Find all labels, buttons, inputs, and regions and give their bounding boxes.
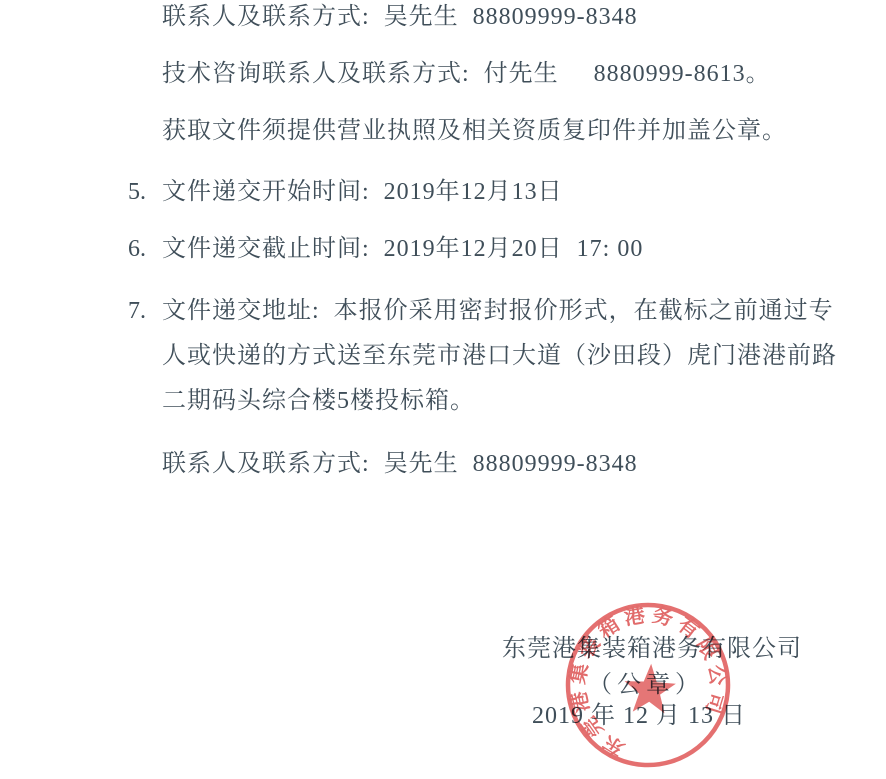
item-number: 6. bbox=[128, 235, 162, 263]
line-text: 文件递交截止时间: 2019年12月20日 17: 00 bbox=[162, 236, 643, 262]
item-5-submission-start: 5.文件递交开始时间: 2019年12月13日 bbox=[128, 178, 563, 206]
signature-company-name: 东莞港集装箱港务有限公司 bbox=[502, 628, 802, 663]
line-text: 技术咨询联系人及联系方式: 付先生 8880999-8613。 bbox=[162, 61, 771, 87]
line-text: 人或快递的方式送至东莞市港口大道（沙田段）虎门港港前路 bbox=[162, 343, 837, 369]
line-text: 文件递交开始时间: 2019年12月13日 bbox=[162, 179, 563, 205]
item-7-continuation: 人或快递的方式送至东莞市港口大道（沙田段）虎门港港前路 bbox=[128, 342, 837, 370]
item-number: 5. bbox=[128, 178, 162, 206]
line-text: 联系人及联系方式: 吴先生 88809999-8348 bbox=[162, 4, 638, 30]
signature-date: 2019 年 12 月 13 日 bbox=[532, 695, 746, 730]
signature-seal-note: （公章） bbox=[588, 664, 704, 699]
line-text: 获取文件须提供营业执照及相关资质复印件并加盖公章。 bbox=[162, 118, 787, 144]
item-6-submission-deadline: 6.文件递交截止时间: 2019年12月20日 17: 00 bbox=[128, 235, 643, 263]
line-text: 文件递交地址: 本报价采用密封报价形式，在截标之前通过专 bbox=[162, 298, 834, 324]
tech-contact-line: 技术咨询联系人及联系方式: 付先生 8880999-8613。 bbox=[128, 60, 771, 88]
license-requirement-line: 获取文件须提供营业执照及相关资质复印件并加盖公章。 bbox=[128, 117, 787, 145]
item-number: 7. bbox=[128, 297, 162, 325]
line-text: 联系人及联系方式: 吴先生 88809999-8348 bbox=[162, 451, 638, 477]
contact-line: 联系人及联系方式: 吴先生 88809999-8348 bbox=[128, 3, 638, 31]
document-page: 联系人及联系方式: 吴先生 88809999-8348 技术咨询联系人及联系方式… bbox=[0, 0, 886, 779]
item-7-continuation: 二期码头综合楼5楼投标箱。 bbox=[128, 387, 475, 415]
contact-line-repeat: 联系人及联系方式: 吴先生 88809999-8348 bbox=[128, 450, 638, 478]
item-7-submission-address: 7.文件递交地址: 本报价采用密封报价形式，在截标之前通过专 bbox=[128, 297, 834, 325]
line-text: 二期码头综合楼5楼投标箱。 bbox=[162, 388, 475, 414]
